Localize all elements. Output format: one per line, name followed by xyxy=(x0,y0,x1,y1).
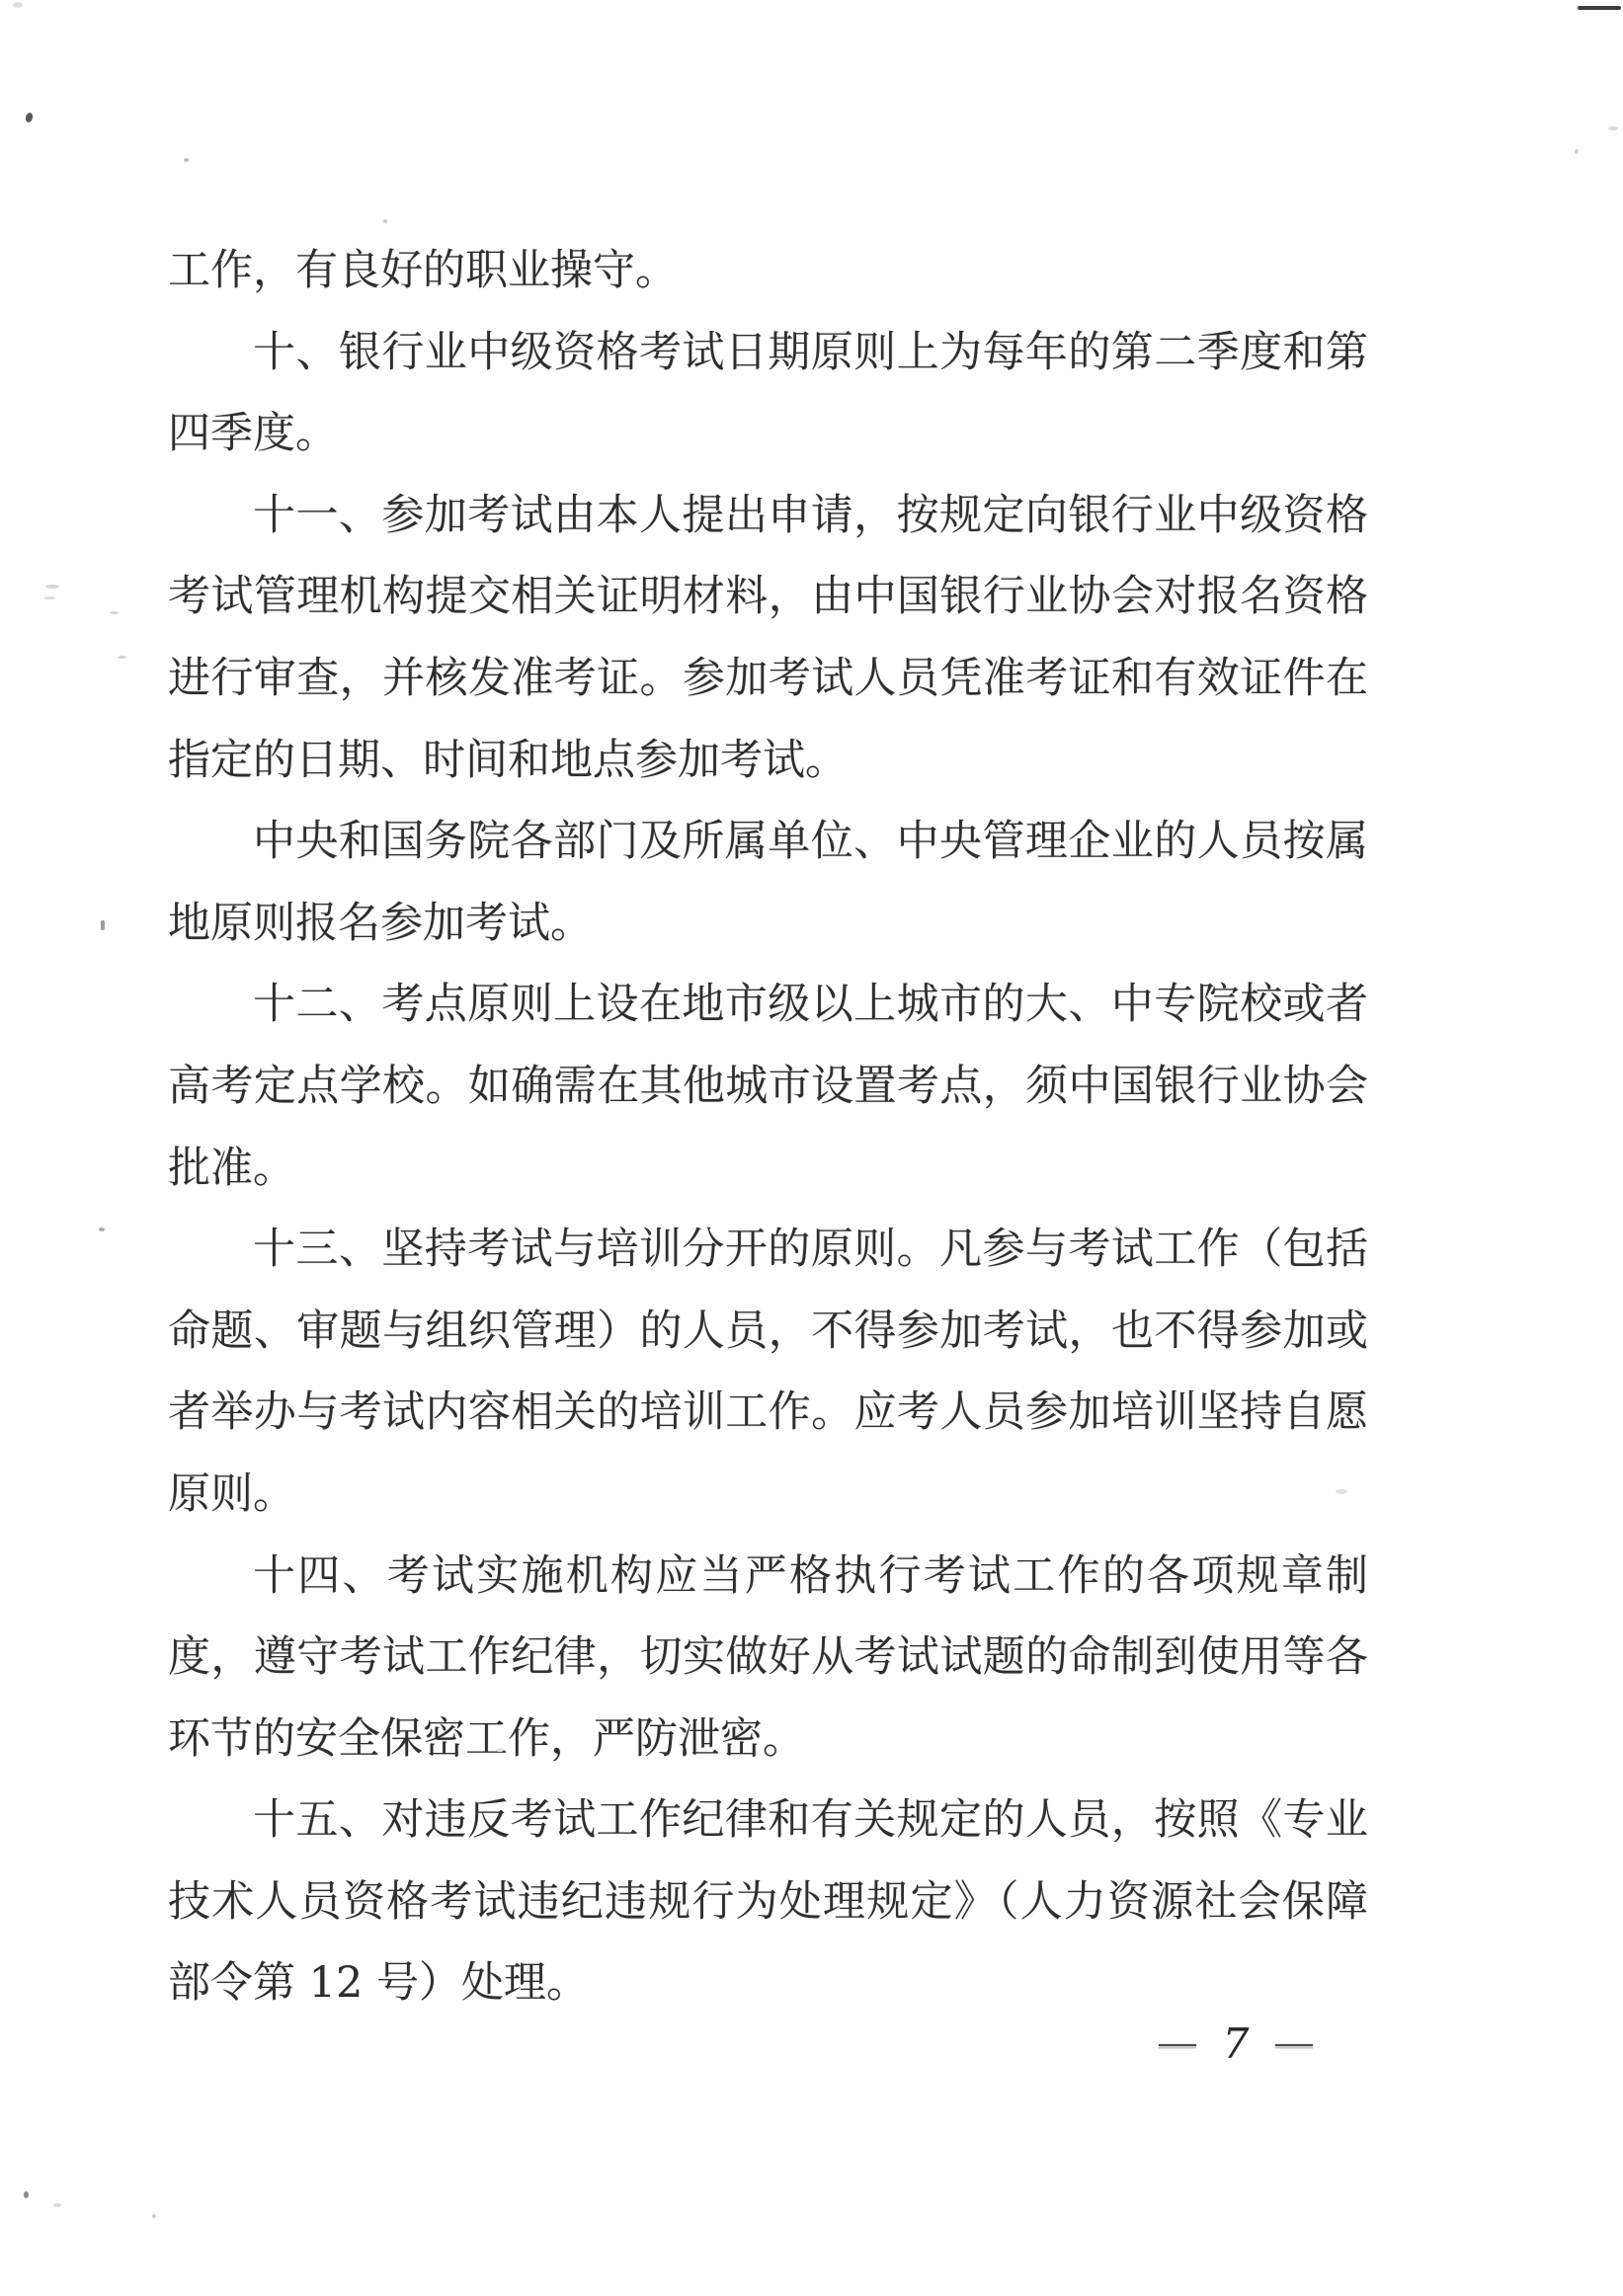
text-line-8-2: 技术人员资格考试违纪违规行为处理规定》（人力资源社会保障 xyxy=(168,1861,1368,1943)
footer-dash-left: — xyxy=(1157,2028,1198,2058)
text-line-3-4: 指定的日期、时间和地点参加考试。 xyxy=(168,720,1368,802)
scan-speck xyxy=(53,2203,61,2207)
scan-speck xyxy=(99,1227,105,1231)
scan-speck xyxy=(45,585,59,589)
text-line-1-1: 工作，有良好的职业操守。 xyxy=(168,230,1368,312)
paragraph-6: 十三、坚持考试与培训分开的原则。凡参与考试工作（包括命题、审题与组织管理）的人员… xyxy=(168,1209,1368,1535)
text-line-4-1: 中央和国务院各部门及所属单位、中央管理企业的人员按属 xyxy=(168,801,1368,883)
text-line-2-1: 十、银行业中级资格考试日期原则上为每年的第二季度和第 xyxy=(168,312,1368,394)
scan-speck xyxy=(43,596,55,599)
scan-speck xyxy=(101,920,105,930)
text-line-8-1: 十五、对违反考试工作纪律和有关规定的人员，按照《专业 xyxy=(168,1780,1368,1861)
paragraph-7: 十四、考试实施机构应当严格执行考试工作的各项规章制度，遵守考试工作纪律，切实做好… xyxy=(168,1536,1368,1781)
page-number: 7 xyxy=(1223,2019,1250,2068)
text-line-7-1: 十四、考试实施机构应当严格执行考试工作的各项规章制 xyxy=(168,1536,1368,1618)
text-line-3-2: 考试管理机构提交相关证明材料，由中国银行业协会对报名资格 xyxy=(168,556,1368,638)
scan-speck xyxy=(118,656,126,659)
scan-edge-line xyxy=(1578,6,1621,10)
scan-speck xyxy=(152,2214,156,2218)
text-line-3-1: 十一、参加考试由本人提出申请，按规定向银行业中级资格 xyxy=(168,475,1368,557)
paragraph-8: 十五、对违反考试工作纪律和有关规定的人员，按照《专业技术人员资格考试违纪违规行为… xyxy=(168,1780,1368,2024)
document-body: 工作，有良好的职业操守。十、银行业中级资格考试日期原则上为每年的第二季度和第四季… xyxy=(168,230,1368,2024)
text-line-3-3: 进行审查，并核发准考证。参加考试人员凭准考证和有效证件在 xyxy=(168,638,1368,720)
scan-speck xyxy=(1336,1489,1347,1494)
text-line-7-3: 环节的安全保密工作，严防泄密。 xyxy=(168,1699,1368,1781)
footer-dash-right: — xyxy=(1273,2028,1315,2058)
text-line-2-2: 四季度。 xyxy=(168,393,1368,475)
scan-speck xyxy=(496,1748,504,1752)
scan-speck xyxy=(1608,126,1618,130)
text-line-6-2: 命题、审题与组织管理）的人员，不得参加考试，也不得参加或 xyxy=(168,1291,1368,1373)
scan-speck xyxy=(24,2191,29,2198)
text-line-4-2: 地原则报名参加考试。 xyxy=(168,883,1368,965)
text-line-6-3: 者举办与考试内容相关的培训工作。应考人员参加培训坚持自愿 xyxy=(168,1372,1368,1454)
scan-speck xyxy=(184,158,189,162)
document-page: 工作，有良好的职业操守。十、银行业中级资格考试日期原则上为每年的第二季度和第四季… xyxy=(0,0,1623,2296)
page-footer: — 7 — xyxy=(1157,2024,1315,2062)
text-line-5-3: 批准。 xyxy=(168,1128,1368,1210)
text-line-5-2: 高考定点学校。如确需在其他城市设置考点，须中国银行业协会 xyxy=(168,1046,1368,1128)
scan-speck xyxy=(383,219,387,223)
paragraph-2: 十、银行业中级资格考试日期原则上为每年的第二季度和第四季度。 xyxy=(168,312,1368,475)
paragraph-5: 十二、考点原则上设在地市级以上城市的大、中专院校或者高考定点学校。如确需在其他城… xyxy=(168,964,1368,1209)
scan-speck xyxy=(13,2,23,8)
scan-speck xyxy=(1575,149,1579,154)
text-line-7-2: 度，遵守考试工作纪律，切实做好从考试试题的命制到使用等各 xyxy=(168,1617,1368,1699)
paragraph-4: 中央和国务院各部门及所属单位、中央管理企业的人员按属地原则报名参加考试。 xyxy=(168,801,1368,964)
text-line-5-1: 十二、考点原则上设在地市级以上城市的大、中专院校或者 xyxy=(168,964,1368,1046)
paragraph-1: 工作，有良好的职业操守。 xyxy=(168,230,1368,312)
scan-speck xyxy=(110,611,119,614)
scan-speck xyxy=(25,112,34,122)
text-line-6-4: 原则。 xyxy=(168,1454,1368,1536)
paragraph-3: 十一、参加考试由本人提出申请，按规定向银行业中级资格考试管理机构提交相关证明材料… xyxy=(168,475,1368,801)
text-line-6-1: 十三、坚持考试与培训分开的原则。凡参与考试工作（包括 xyxy=(168,1209,1368,1291)
text-line-8-3: 部令第 12 号）处理。 xyxy=(168,1942,1368,2024)
